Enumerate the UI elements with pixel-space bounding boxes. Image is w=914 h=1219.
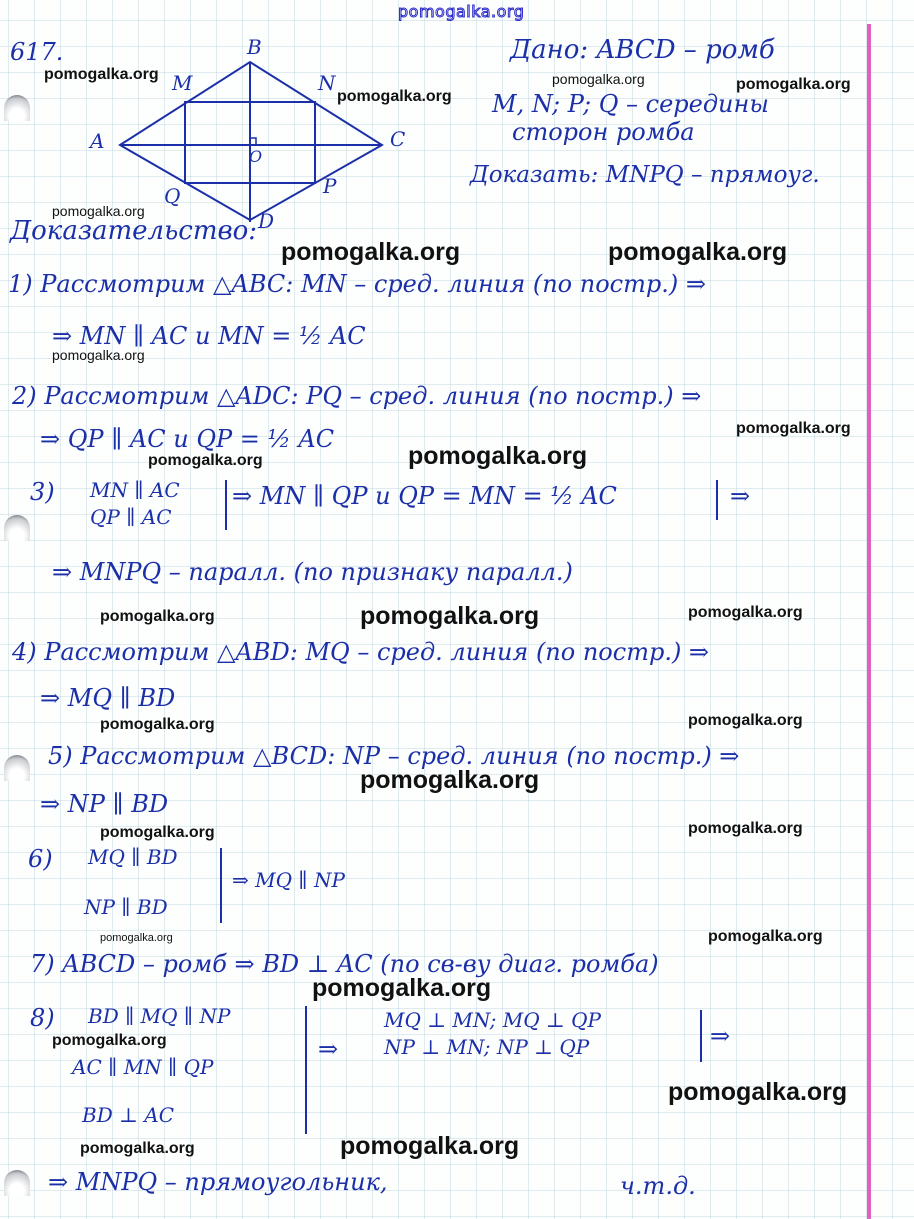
step-8-cond-3: BD ⊥ AC [82,1103,174,1127]
step-1-b: ⇒ MN ∥ AC и MN = ½ AC [52,322,366,350]
prove-statement: Доказать: MNPQ – прямоуг. [470,162,820,188]
watermark: pomogalka.org [281,238,460,267]
label-b: B [246,35,262,59]
watermark: pomogalka.org [337,88,452,106]
watermark: pomogalka.org [340,1132,519,1161]
watermark: pomogalka.org [80,1140,195,1158]
given-line-2: M, N; P; Q – середины [492,90,769,118]
binder-hole [4,1170,30,1196]
step-4-a: 4) Рассмотрим △ABD: MQ – сред. линия (по… [12,638,709,666]
watermark: pomogalka.org [688,820,803,838]
problem-number: 617. [10,38,63,66]
label-m: M [171,71,193,95]
proof-heading: Доказательство: [10,216,257,246]
watermark: pomogalka.org [408,442,587,471]
brace [305,1006,307,1134]
step-2-b: ⇒ QP ∥ AC и QP = ½ AC [40,425,334,453]
step-3-label: 3) [30,478,55,506]
watermark: pomogalka.org [736,76,851,94]
watermark: pomogalka.org [52,203,145,219]
watermark: pomogalka.org [688,712,803,730]
step-3-conclusion: ⇒ MNPQ – паралл. (по признаку паралл.) [52,558,573,586]
watermark: pomogalka.org [552,71,645,87]
given-line-3: сторон ромба [512,118,695,146]
step-6-result: ⇒ MQ ∥ NP [232,868,345,892]
step-6-label: 6) [28,845,53,873]
label-n: N [317,71,337,95]
watermark: pomogalka.org [100,932,173,944]
binder-hole [4,755,30,781]
conclusion: ⇒ MNPQ – прямоугольник, [48,1168,388,1196]
qed: ч.т.д. [620,1172,696,1200]
binder-hole [4,515,30,541]
step-6-cond-2: NP ∥ BD [84,895,168,919]
brace [225,480,227,530]
step-8-arrow: ⇒ [318,1035,338,1063]
label-d: D [257,209,274,233]
label-p: P [322,174,337,198]
step-3-cond-1: MN ∥ AC [90,478,180,502]
label-o: O [249,147,262,166]
step-4-b: ⇒ MQ ∥ BD [40,684,175,712]
watermark: pomogalka.org [100,608,215,626]
step-8-cond-2: AC ∥ MN ∥ QP [72,1055,213,1079]
step-3-arrow: ⇒ [730,482,750,510]
step-3-result: ⇒ MN ∥ QP и QP = MN = ½ AC [232,482,617,510]
step-8-end-arrow: ⇒ [710,1022,730,1050]
step-8-result-1: MQ ⊥ MN; MQ ⊥ QP [384,1008,601,1032]
watermark: pomogalka.org [688,604,803,622]
watermark: pomogalka.org [736,420,851,438]
step-1-a: 1) Рассмотрим △ABC: MN – сред. линия (по… [8,270,706,298]
step-5-b: ⇒ NP ∥ BD [40,790,168,818]
watermark: pomogalka.org [44,66,159,84]
step-8-label: 8) [30,1004,55,1032]
given-line-1: Дано: ABCD – ромб [510,35,775,65]
watermark: pomogalka.org [100,716,215,734]
step-2-a: 2) Рассмотрим △ADC: PQ – сред. линия (по… [12,382,701,410]
watermark: pomogalka.org [148,452,263,470]
watermark: pomogalka.org [708,928,823,946]
watermark: pomogalka.org [360,766,539,795]
step-8-result-2: NP ⊥ MN; NP ⊥ QP [384,1035,589,1059]
brace [220,848,222,923]
brace [700,1010,702,1062]
step-3-cond-2: QP ∥ AC [90,505,172,529]
label-a: A [88,129,104,153]
watermark: pomogalka.org [668,1078,847,1107]
watermark: pomogalka.org [52,1032,167,1050]
watermark: pomogalka.org [100,824,215,842]
label-c: C [390,127,405,151]
watermark: pomogalka.org [360,602,539,631]
step-8-cond-1: BD ∥ MQ ∥ NP [88,1004,230,1028]
step-6-cond-1: MQ ∥ BD [88,845,178,869]
label-q: Q [164,184,180,208]
watermark: pomogalka.org [52,347,145,363]
watermark: pomogalka.org [312,974,491,1003]
brace [716,480,718,520]
watermark: pomogalka.org [608,238,787,267]
